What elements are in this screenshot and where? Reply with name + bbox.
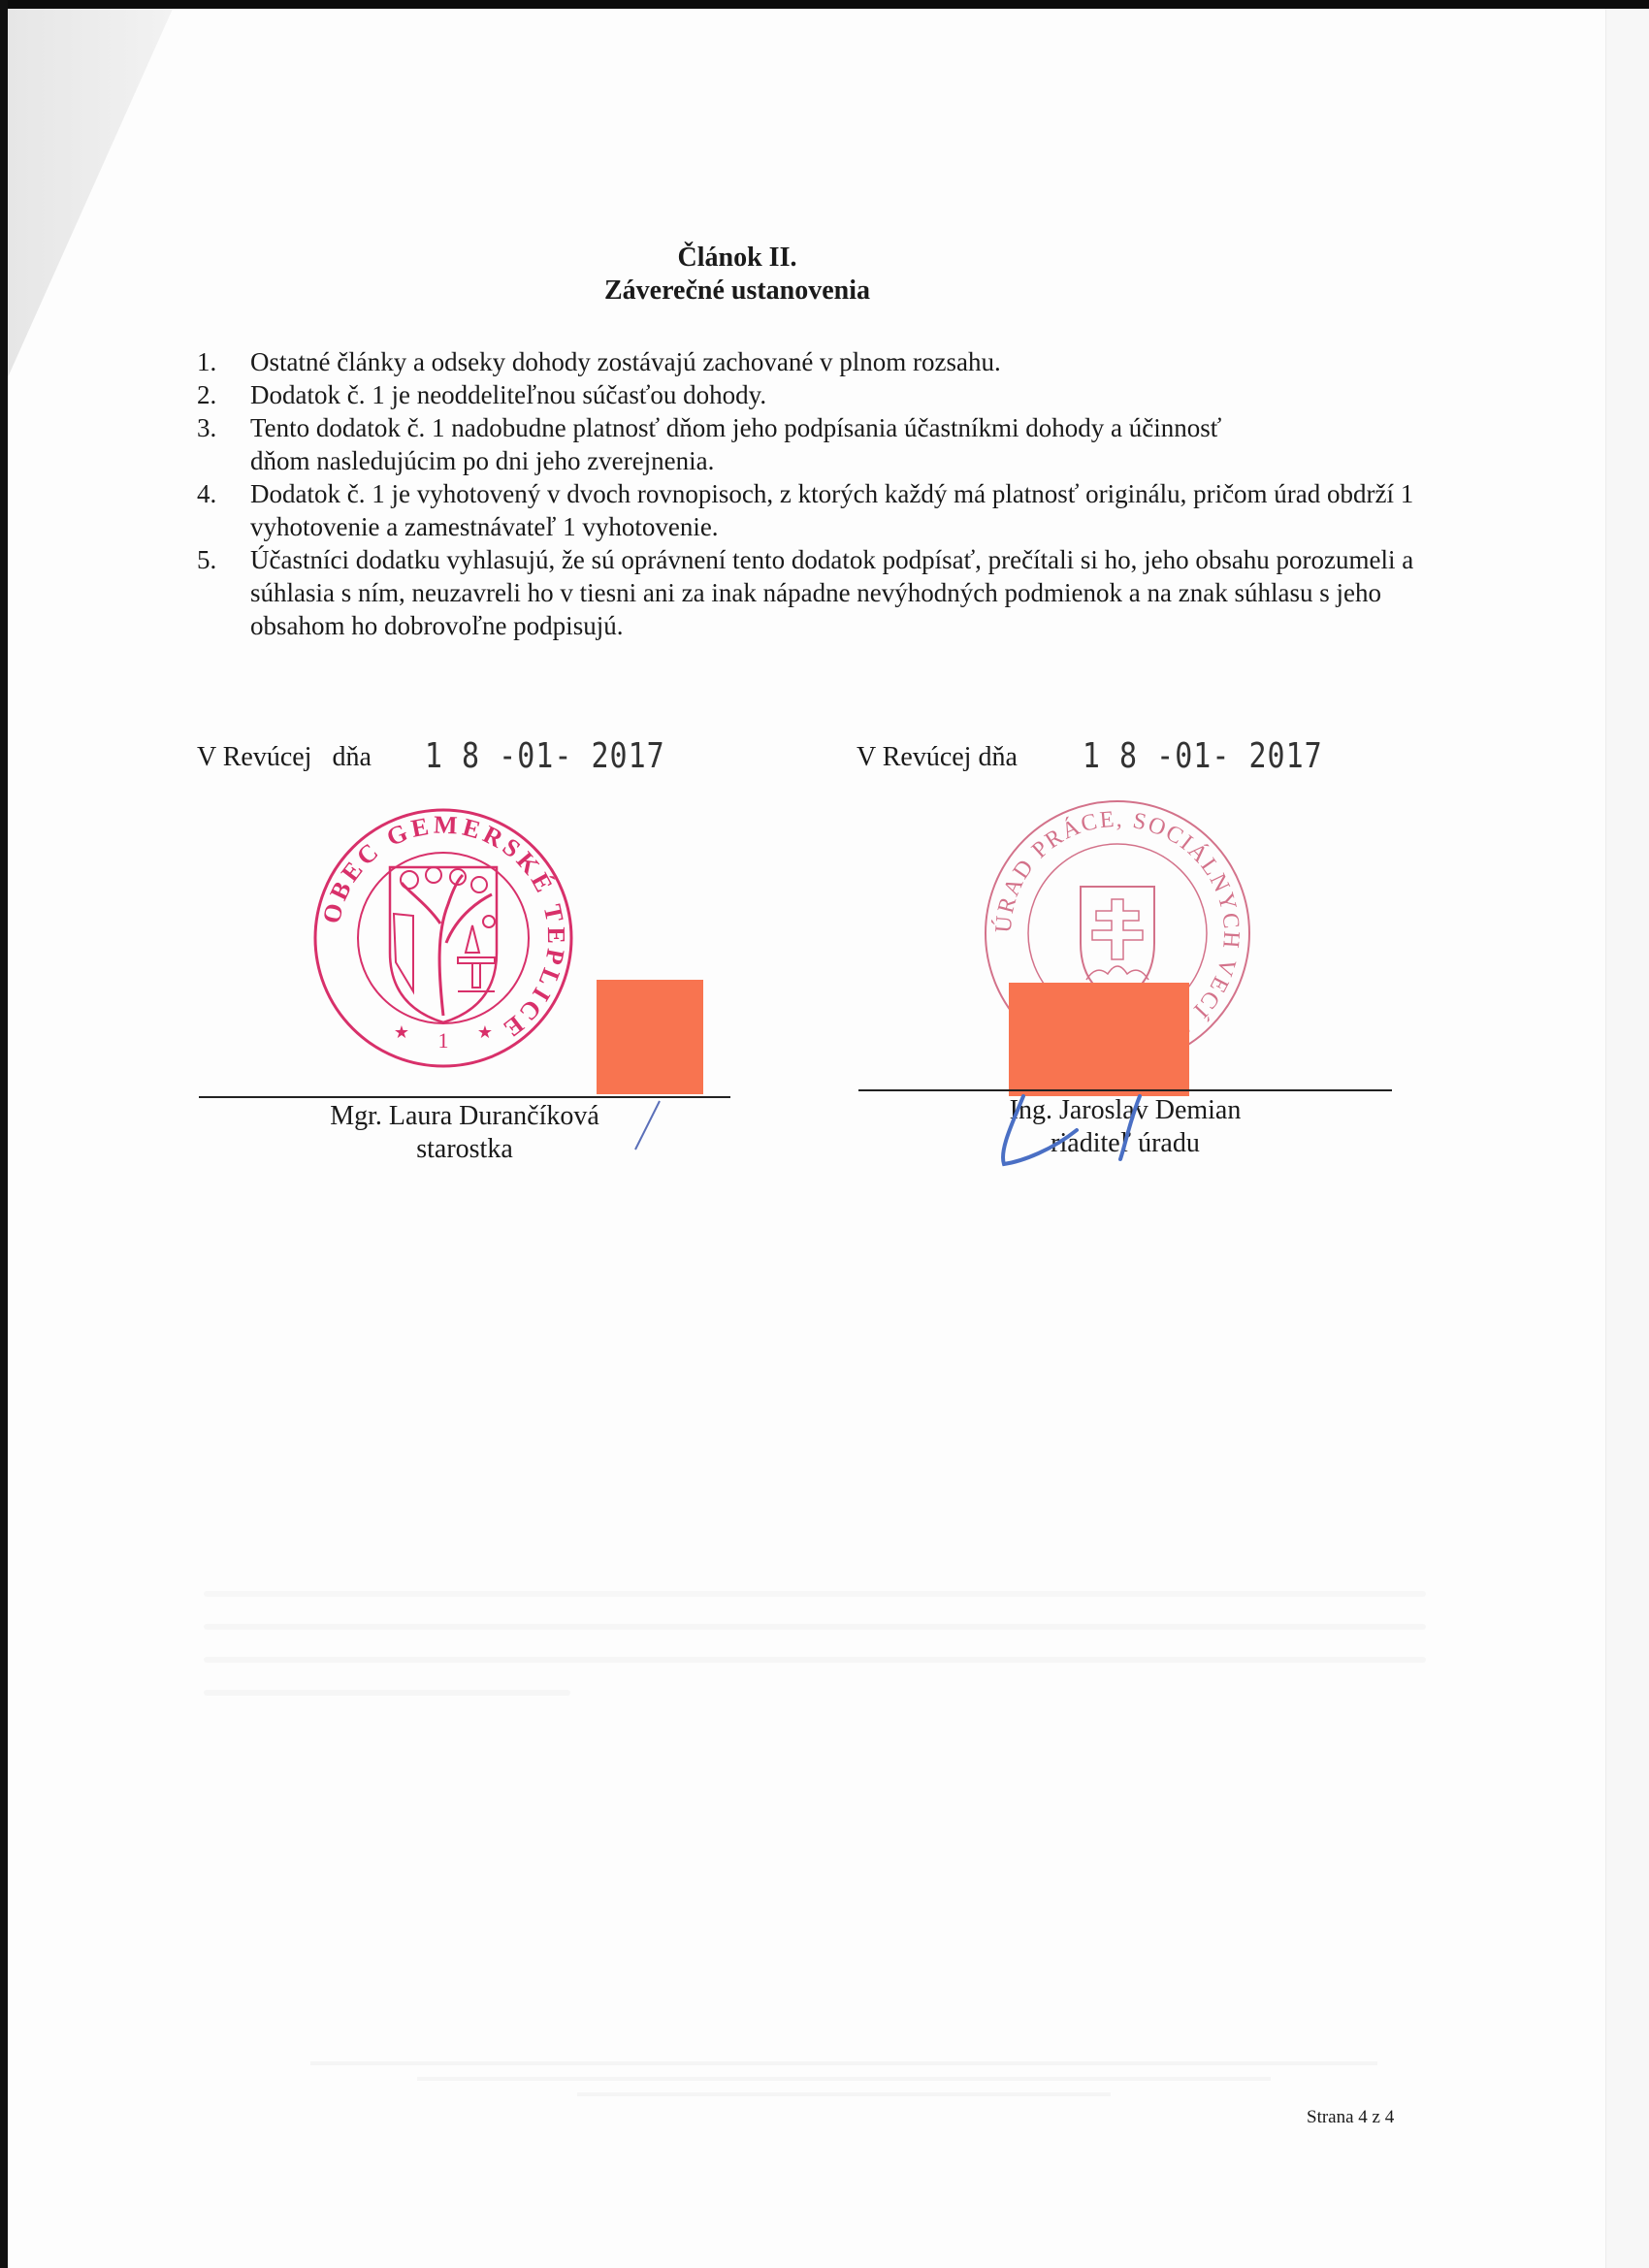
item-text: Dodatok č. 1 je vyhotovený v dvoch rovno… [250,479,1413,541]
list-item: 1. Ostatné články a odseky dohody zostáv… [197,345,1448,378]
item-number: 2. [197,378,216,411]
scan-edge-right [1605,9,1649,2268]
date-stamp: 1 8 -01- 2017 [425,736,665,777]
place-label: V Revúcej dňa [857,742,1018,772]
scan-edge-top [0,0,1649,9]
scan-edge-left [0,0,8,2268]
item-number: 5. [197,543,216,576]
provisions-list: 1. Ostatné články a odseky dohody zostáv… [197,345,1448,642]
list-item: 5. Účastníci dodatku vyhlasujú, že sú op… [197,543,1453,642]
place-date-right: V Revúcej dňa 1 8 -01- 2017 [857,739,1323,773]
list-item: 2. Dodatok č. 1 je neoddeliteľnou súčasť… [197,378,1448,411]
signatory-name: Ing. Jaroslav Demian [858,1094,1392,1127]
redaction-block [597,980,703,1094]
place-date-left: V Revúcej dňa 1 8 -01- 2017 [197,739,665,773]
item-number: 1. [197,345,216,378]
signatory-right: Ing. Jaroslav Demian riaditeľ úradu [858,1094,1392,1160]
list-item: 3. Tento dodatok č. 1 nadobudne platnosť… [197,411,1278,477]
page-number: Strana 4 z 4 [1307,2107,1394,2128]
item-text: Tento dodatok č. 1 nadobudne platnosť dň… [250,413,1221,475]
signatory-role: riaditeľ úradu [858,1127,1392,1160]
article-title: Článok II. [0,243,1474,274]
signatory-name: Mgr. Laura Durančíková [199,1100,730,1133]
signature-line [858,1089,1392,1091]
item-text: Ostatné články a odseky dohody zostávajú… [250,347,1001,376]
bleed-through-footer [310,2061,1377,2105]
svg-text:★: ★ [477,1022,493,1042]
scan-fold-shadow [8,9,173,377]
signatory-left: Mgr. Laura Durančíková starostka [199,1100,730,1166]
svg-text:★: ★ [394,1022,409,1042]
list-item: 4. Dodatok č. 1 je vyhotovený v dvoch ro… [197,477,1472,543]
municipal-seal-icon: OBEC GEMERSKÉ TEPLICE 1 ★ ★ [312,807,574,1069]
date-stamp: 1 8 -01- 2017 [1083,736,1323,777]
place-label: V Revúcej dňa [197,742,372,772]
svg-text:1: 1 [438,1028,449,1053]
signature-line [199,1096,730,1098]
redaction-block [1009,983,1189,1096]
signatory-role: starostka [199,1133,730,1166]
item-text: Dodatok č. 1 je neoddeliteľnou súčasťou … [250,380,766,409]
item-text: Účastníci dodatku vyhlasujú, že sú opráv… [250,545,1413,640]
item-number: 4. [197,477,216,510]
article-subtitle: Záverečné ustanovenia [0,275,1474,307]
item-number: 3. [197,411,216,444]
bleed-through-text [204,1591,1426,1785]
